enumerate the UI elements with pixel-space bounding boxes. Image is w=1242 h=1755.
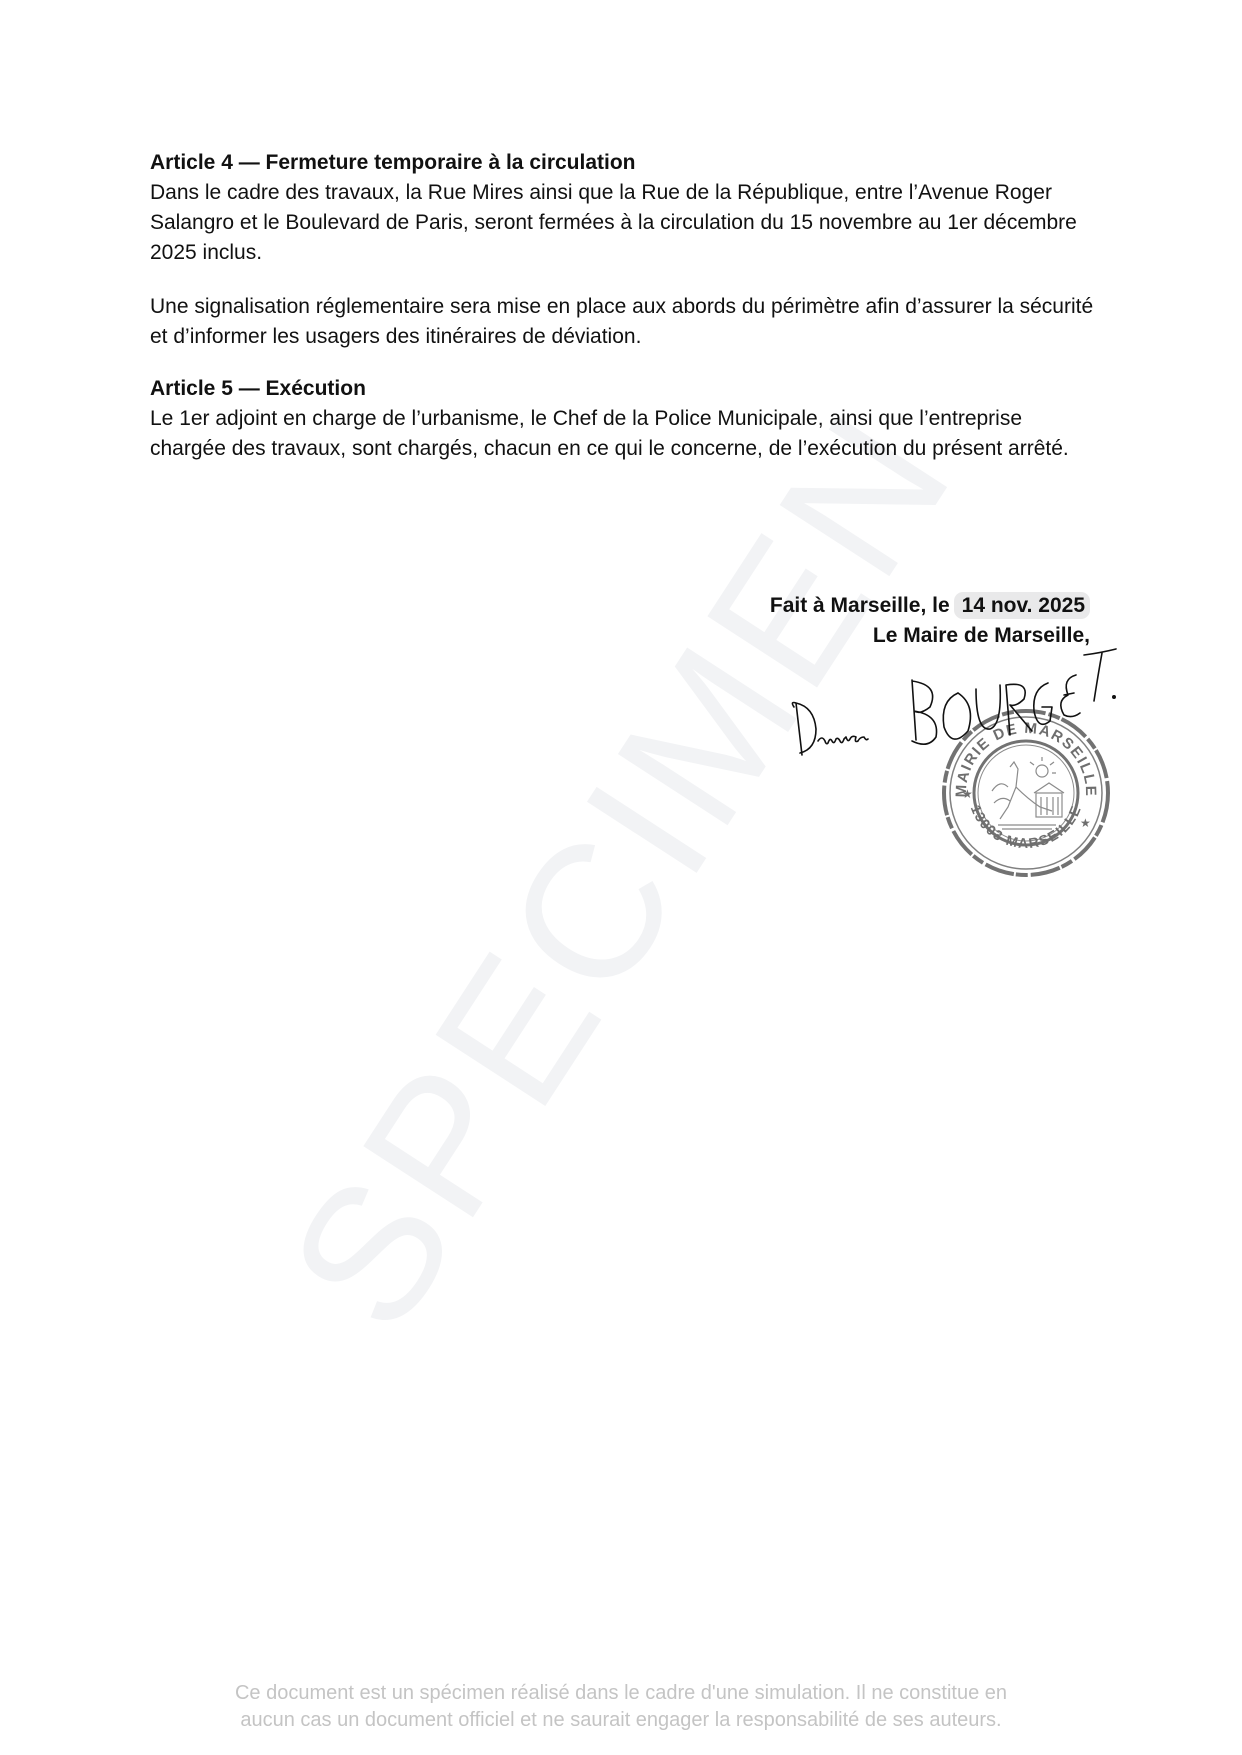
disclaimer-footer: Ce document est un spécimen réalisé dans… [0, 1680, 1242, 1734]
article-4-paragraph-1: Dans le cadre des travaux, la Rue Mires … [150, 178, 1100, 268]
handwritten-signature: Damien BOURGET. [780, 645, 1140, 775]
signature-block: Fait à Marseille, le14 nov. 2025 Le Mair… [770, 591, 1090, 651]
document-body: Article 4 — Fermeture temporaire à la ci… [150, 148, 1100, 464]
article-5-title: Article 5 — Exécution [150, 374, 1100, 404]
article-5-paragraph-1: Le 1er adjoint en charge de l’urbanisme,… [150, 404, 1100, 464]
svg-text:13003 MARSEILLE: 13003 MARSEILLE [968, 802, 1085, 851]
place-date-line: Fait à Marseille, le14 nov. 2025 [770, 591, 1090, 621]
article-4: Article 4 — Fermeture temporaire à la ci… [150, 148, 1100, 352]
date-field: 14 nov. 2025 [954, 592, 1090, 619]
disclaimer-line-2: aucun cas un document officiel et ne sau… [0, 1707, 1242, 1734]
disclaimer-line-1: Ce document est un spécimen réalisé dans… [0, 1680, 1242, 1707]
article-5: Article 5 — Exécution Le 1er adjoint en … [150, 374, 1100, 464]
svg-text:★: ★ [962, 787, 973, 801]
svg-text:★: ★ [1080, 816, 1091, 830]
place-prefix: Fait à Marseille, le [770, 594, 950, 617]
specimen-watermark: SPECIMEN [246, 374, 995, 1365]
article-4-title: Article 4 — Fermeture temporaire à la ci… [150, 148, 1100, 178]
article-4-paragraph-2: Une signalisation réglementaire sera mis… [150, 292, 1100, 352]
